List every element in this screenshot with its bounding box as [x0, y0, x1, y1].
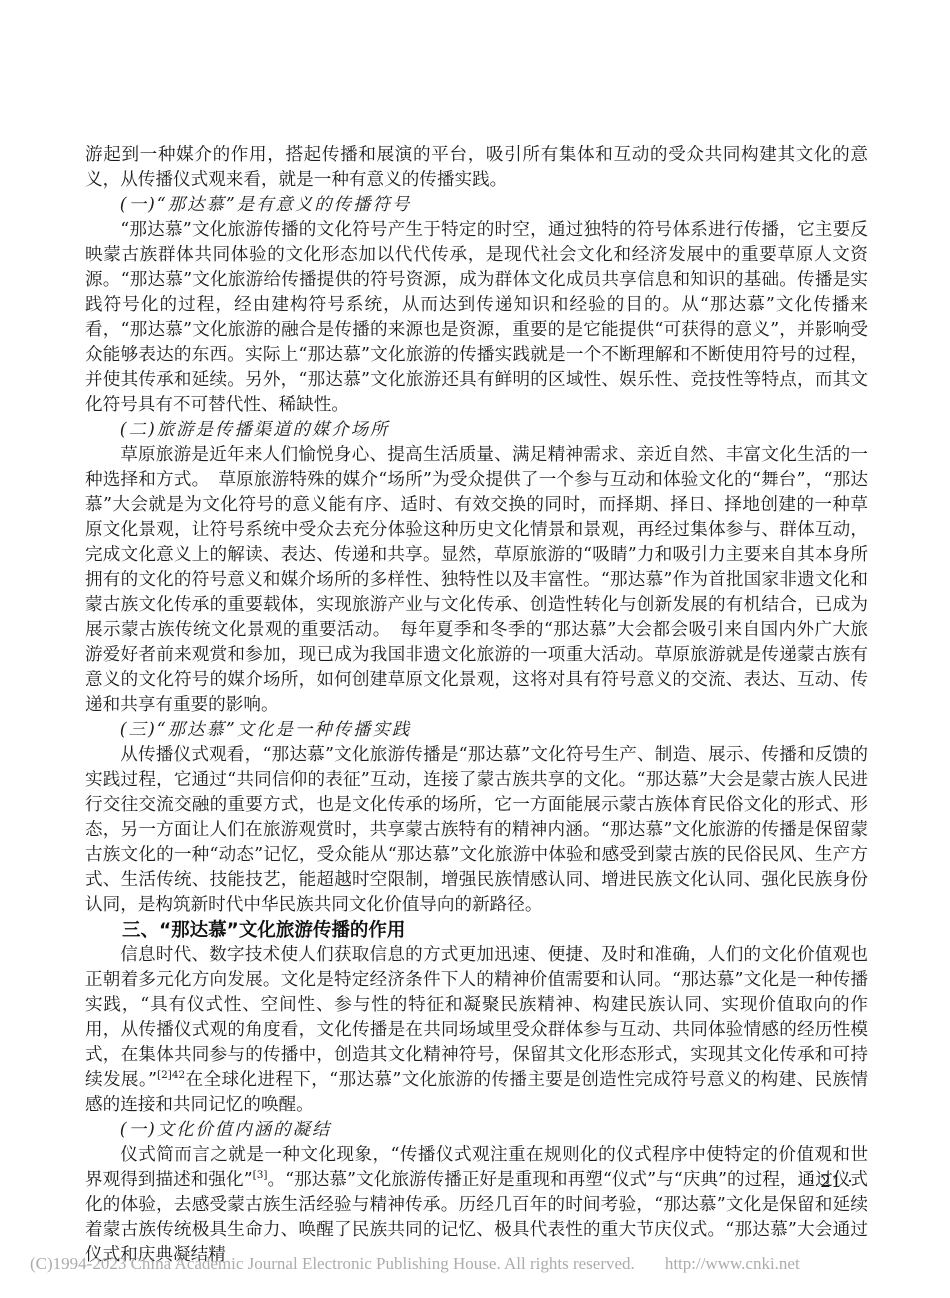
section-heading-3: 三、“那达慕”文化旅游传播的作用 [85, 918, 868, 943]
subsection-paragraph-3: 从传播仪式观看，“那达慕”文化旅游传播是“那达慕”文化符号生产、制造、展示、传播… [85, 743, 868, 918]
paragraph-text-after-citation: 在全球化进程下，“那达慕”文化旅游的传播主要是创造性完成符号意义的构建、民族情感… [85, 1070, 868, 1115]
section-3-paragraph: 信息时代、数字技术使人们获取信息的方式更加迅速、便捷、及时和准确，人们的文化价值… [85, 943, 868, 1118]
page-number: · 21 · [798, 1172, 864, 1192]
footer-copyright: (C)1994-2023 China Academic Journal Elec… [30, 1254, 635, 1273]
citation-ref-2: [2]42 [157, 1069, 185, 1081]
subsection-paragraph-1: “那达慕”文化旅游传播的文化符号产生于特定的时空，通过独特的符号体系进行传播，它… [85, 218, 868, 418]
subsection-paragraph-2: 草原旅游是近年来人们愉悦身心、提高生活质量、满足精神需求、亲近自然、丰富文化生活… [85, 443, 868, 718]
subsection-heading-1: (一)“那达慕”是有意义的传播符号 [85, 193, 868, 218]
paragraph-text-before-citation: 信息时代、数字技术使人们获取信息的方式更加迅速、便捷、及时和准确，人们的文化价值… [85, 945, 868, 1090]
subsection-heading-2: (二)旅游是传播渠道的媒介场所 [85, 418, 868, 443]
paragraph-intro-continuation: 游起到一种媒介的作用，搭起传播和展演的平台，吸引所有集体和互动的受众共同构建其文… [85, 143, 868, 193]
article-body: 游起到一种媒介的作用，搭起传播和展演的平台，吸引所有集体和互动的受众共同构建其文… [85, 143, 868, 1268]
subsection-heading-3: (三)“那达慕”文化是一种传播实践 [85, 718, 868, 743]
footer: (C)1994-2023 China Academic Journal Elec… [30, 1254, 800, 1274]
footer-url: http://www.cnki.net [665, 1254, 800, 1273]
subsection-heading-3-1: (一)文化价值内涵的凝结 [85, 1118, 868, 1143]
citation-ref-3: [3] [253, 1169, 268, 1181]
subsection-3-1-paragraph: 仪式简而言之就是一种文化现象，“传播仪式观注重在规则化的仪式程序中使特定的价值观… [85, 1143, 868, 1268]
